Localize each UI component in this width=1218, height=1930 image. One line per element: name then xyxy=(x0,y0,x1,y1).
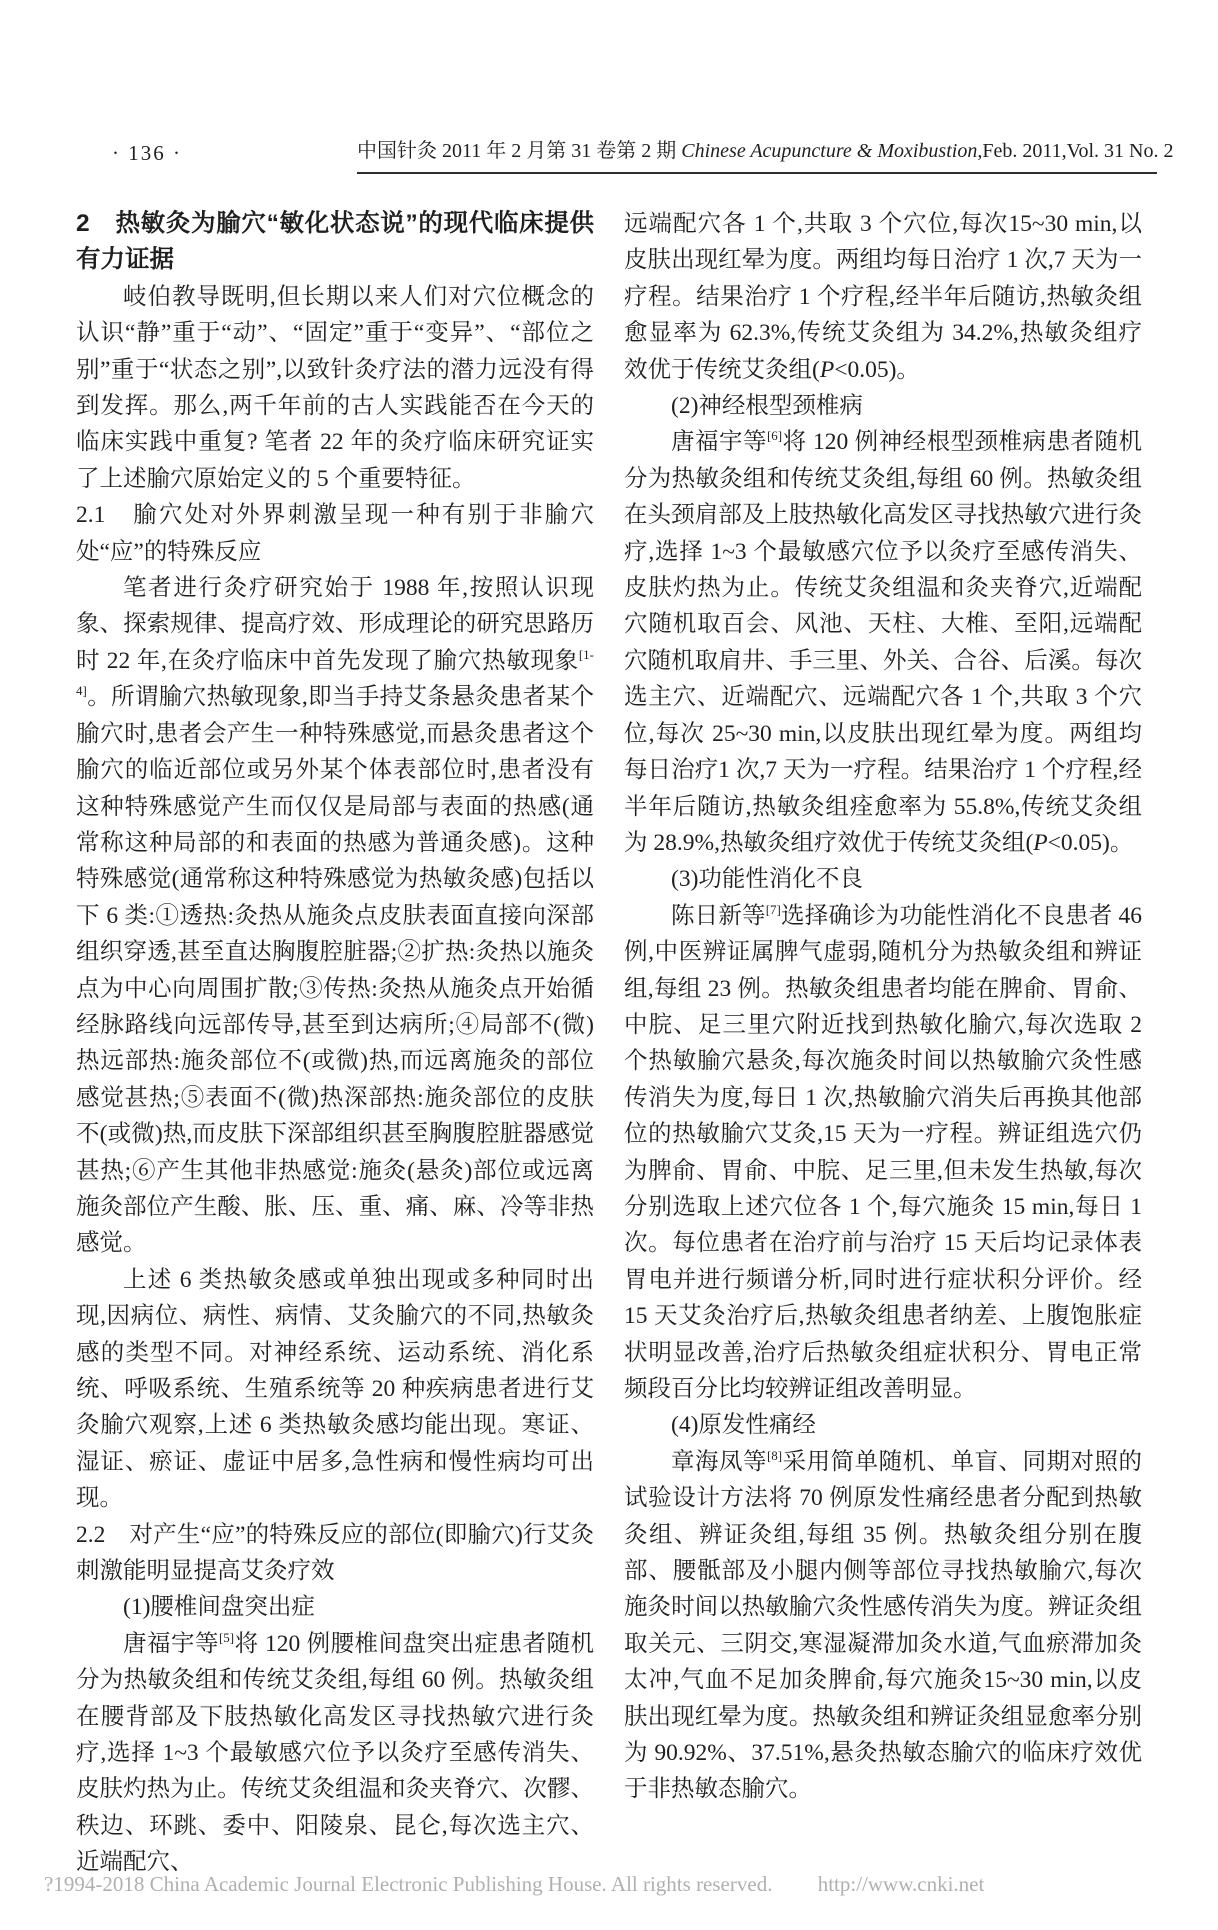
text-run: 将 120 例腰椎间盘突出症患者随机分为热敏灸组和传统艾灸组,每组 60 例。热… xyxy=(76,1631,594,1875)
text-run: 2.1 腧穴处对外界刺激呈现一种有别于非腧穴处“应”的特殊反应 xyxy=(76,502,594,564)
page-body: 2 热敏灸为腧穴“敏化状态说”的现代临床提供有力证据岐伯教导既明,但长期以来人们… xyxy=(76,206,1142,1881)
italic-text: P xyxy=(1033,830,1047,856)
page-footer: ?1994-2018 China Academic Journal Electr… xyxy=(44,1872,1188,1897)
text-run: (1)腰椎间盘突出症 xyxy=(123,1594,315,1620)
text-run: 2 热敏灸为腧穴“敏化状态说”的现代临床提供有力证据 xyxy=(76,210,594,273)
reference-superscript: [8] xyxy=(767,1448,782,1463)
text-run: 上述 6 类热敏灸感或单独出现或多种同时出现,因病位、病性、病情、艾灸腧穴的不同… xyxy=(76,1267,594,1511)
paragraph: 唐福宇等[6]将 120 例神经根型颈椎病患者随机分为热敏灸组和传统艾灸组,每组… xyxy=(624,424,1142,861)
paragraph: (4)原发性痛经 xyxy=(624,1407,1142,1443)
text-run: <0.05)。 xyxy=(1048,830,1134,856)
sub-heading: 2.1 腧穴处对外界刺激呈现一种有别于非腧穴处“应”的特殊反应 xyxy=(76,497,594,570)
paragraph: (2)神经根型颈椎病 xyxy=(624,388,1142,424)
paragraph: 笔者进行灸疗研究始于 1988 年,按照认识现象、探索规律、提高疗效、形成理论的… xyxy=(76,570,594,1262)
journal-info: 中国针灸 2011 年 2 月第 31 卷第 2 期 Chinese Acupu… xyxy=(357,134,1157,174)
text-run: ,Feb. 2011,Vol. 31 No. 2 xyxy=(977,140,1173,162)
paragraph: (1)腰椎间盘突出症 xyxy=(76,1589,594,1625)
sub-heading: 2.2 对产生“应”的特殊反应的部位(即腧穴)行艾灸刺激能明显提高艾灸疗效 xyxy=(76,1517,594,1590)
right-column: 远端配穴各 1 个,共取 3 个穴位,每次15~30 min,以皮肤出现红晕为度… xyxy=(624,206,1142,1881)
paragraph: (3)功能性消化不良 xyxy=(624,861,1142,897)
paragraph: 岐伯教导既明,但长期以来人们对穴位概念的认识“静”重于“动”、“固定”重于“变异… xyxy=(76,279,594,497)
italic-text: P xyxy=(820,357,834,383)
text-run: 章海凤等 xyxy=(671,1449,767,1475)
text-run: 将 120 例神经根型颈椎病患者随机分为热敏灸组和传统艾灸组,每组 60 例。热… xyxy=(624,429,1142,855)
reference-superscript: [5] xyxy=(219,1630,234,1645)
text-run: 。所谓腧穴热敏现象,即当手持艾条悬灸患者某个腧穴时,患者会产生一种特殊感觉,而悬… xyxy=(76,684,594,1256)
page-number: · 136 · xyxy=(112,141,182,166)
paragraph: 远端配穴各 1 个,共取 3 个穴位,每次15~30 min,以皮肤出现红晕为度… xyxy=(624,206,1142,388)
text-run: 唐福宇等 xyxy=(123,1631,219,1657)
text-run: 唐福宇等 xyxy=(671,429,767,455)
text-run: 陈日新等 xyxy=(671,903,766,929)
section-heading: 2 热敏灸为腧穴“敏化状态说”的现代临床提供有力证据 xyxy=(76,206,594,279)
paragraph: 唐福宇等[5]将 120 例腰椎间盘突出症患者随机分为热敏灸组和传统艾灸组,每组… xyxy=(76,1626,594,1881)
text-run: 岐伯教导既明,但长期以来人们对穴位概念的认识“静”重于“动”、“固定”重于“变异… xyxy=(76,284,594,492)
footer-copyright: ?1994-2018 China Academic Journal Electr… xyxy=(44,1872,772,1896)
text-run: 选择确诊为功能性消化不良患者 46 例,中医辨证属脾气虚弱,随机分为热敏灸组和辨… xyxy=(624,903,1142,1402)
text-run: (3)功能性消化不良 xyxy=(671,866,863,892)
text-run: 2.2 对产生“应”的特殊反应的部位(即腧穴)行艾灸刺激能明显提高艾灸疗效 xyxy=(76,1522,594,1584)
text-run: (4)原发性痛经 xyxy=(671,1412,816,1438)
paragraph: 章海凤等[8]采用简单随机、单盲、同期对照的试验设计方法将 70 例原发性痛经患… xyxy=(624,1444,1142,1808)
text-run: <0.05)。 xyxy=(834,357,920,383)
text-run: 采用简单随机、单盲、同期对照的试验设计方法将 70 例原发性痛经患者分配到热敏灸… xyxy=(624,1449,1142,1803)
reference-superscript: [6] xyxy=(767,429,782,444)
reference-superscript: [7] xyxy=(766,902,781,917)
italic-text: Chinese Acupuncture & Moxibustion xyxy=(681,140,977,162)
paragraph: 陈日新等[7]选择确诊为功能性消化不良患者 46 例,中医辨证属脾气虚弱,随机分… xyxy=(624,898,1142,1408)
left-column: 2 热敏灸为腧穴“敏化状态说”的现代临床提供有力证据岐伯教导既明,但长期以来人们… xyxy=(76,206,594,1881)
text-run: 笔者进行灸疗研究始于 1988 年,按照认识现象、探索规律、提高疗效、形成理论的… xyxy=(76,575,594,674)
text-run: (2)神经根型颈椎病 xyxy=(671,393,863,419)
footer-url: http://www.cnki.net xyxy=(818,1872,985,1896)
text-run: 中国针灸 2011 年 2 月第 31 卷第 2 期 xyxy=(357,140,681,162)
paragraph: 上述 6 类热敏灸感或单独出现或多种同时出现,因病位、病性、病情、艾灸腧穴的不同… xyxy=(76,1262,594,1517)
